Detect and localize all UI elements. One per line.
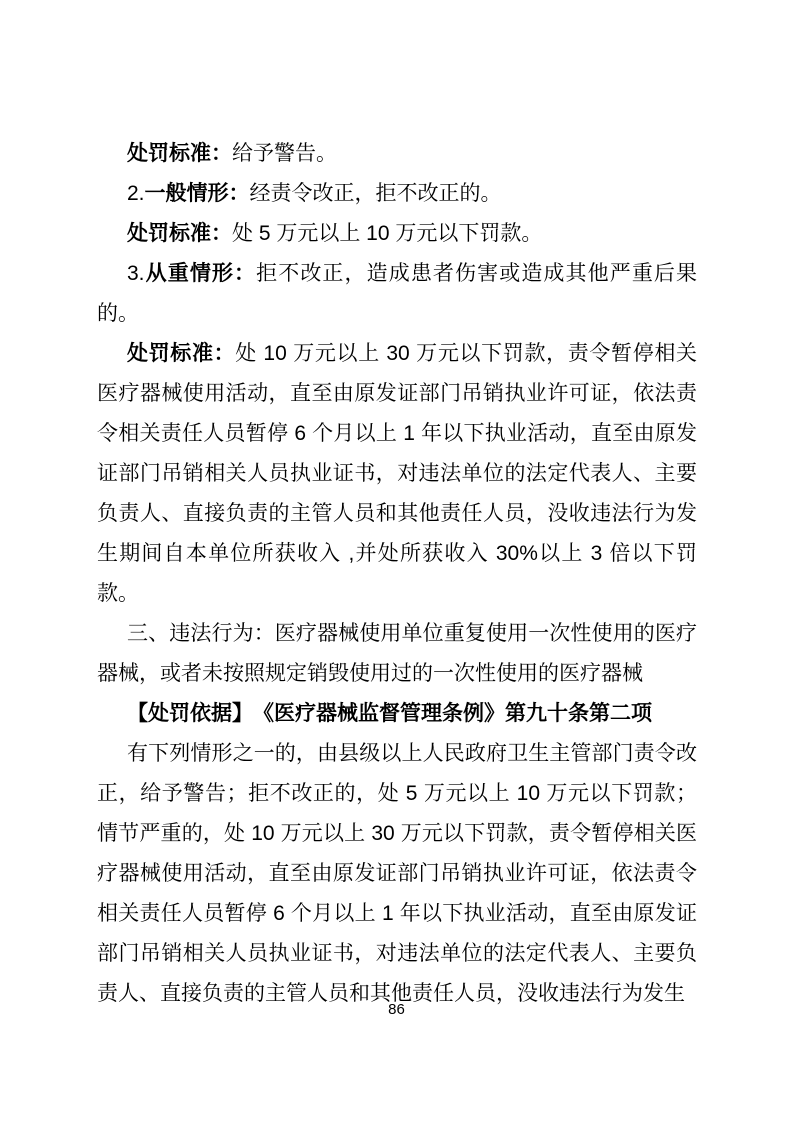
- page-footer: 86: [0, 999, 793, 1021]
- bold-run-in-heading: 处罚标准：: [127, 342, 235, 365]
- body-text: 处 10 万元以上 30 万元以下罚款，责令暂停相关医疗器械使用活动，直至由原发…: [97, 342, 697, 605]
- bold-run-in-heading: 【处罚依据】 《医疗器械监督管理条例》第九十条第二项: [127, 702, 652, 725]
- paragraph-penalty-basis-heading: 【处罚依据】 《医疗器械监督管理条例》第九十条第二项: [97, 694, 697, 734]
- paragraph-penalty-standard-1: 处罚标准：给予警告。: [97, 134, 697, 174]
- paragraph-illegal-act-3: 三、违法行为：医疗器械使用单位重复使用一次性使用的医疗器械，或者未按照规定销毁使…: [97, 614, 697, 694]
- body-text: 经责令改正，拒不改正的。: [250, 182, 502, 205]
- body-text: 有下列情形之一的，由县级以上人民政府卫生主管部门责令改正，给予警告；拒不改正的，…: [97, 742, 697, 1005]
- bold-run-in-heading: 从重情形：: [145, 262, 257, 285]
- body-text: 处 5 万元以上 10 万元以下罚款。: [232, 222, 542, 245]
- body-text: 三、违法行为：医疗器械使用单位重复使用一次性使用的医疗器械，或者未按照规定销毁使…: [97, 622, 697, 685]
- document-body: 处罚标准：给予警告。2.一般情形：经责令改正，拒不改正的。处罚标准：处 5 万元…: [97, 134, 697, 1014]
- paragraph-aggravated-situation: 3.从重情形：拒不改正，造成患者伤害或造成其他严重后果的。: [97, 254, 697, 334]
- paragraph-general-situation: 2.一般情形：经责令改正，拒不改正的。: [97, 174, 697, 214]
- document-page: 处罚标准：给予警告。2.一般情形：经责令改正，拒不改正的。处罚标准：处 5 万元…: [0, 0, 793, 1122]
- bold-run-in-heading: 处罚标准：: [127, 222, 232, 245]
- body-text: 2.: [127, 182, 145, 205]
- body-text: 3.: [127, 262, 145, 285]
- bold-run-in-heading: 处罚标准：: [127, 142, 232, 165]
- body-text: 给予警告。: [232, 142, 337, 165]
- bold-run-in-heading: 一般情形：: [145, 182, 250, 205]
- paragraph-regulation-text: 有下列情形之一的，由县级以上人民政府卫生主管部门责令改正，给予警告；拒不改正的，…: [97, 734, 697, 1014]
- paragraph-penalty-standard-2: 处罚标准：处 5 万元以上 10 万元以下罚款。: [97, 214, 697, 254]
- paragraph-penalty-standard-3: 处罚标准：处 10 万元以上 30 万元以下罚款，责令暂停相关医疗器械使用活动，…: [97, 334, 697, 614]
- page-number: 86: [388, 1001, 405, 1018]
